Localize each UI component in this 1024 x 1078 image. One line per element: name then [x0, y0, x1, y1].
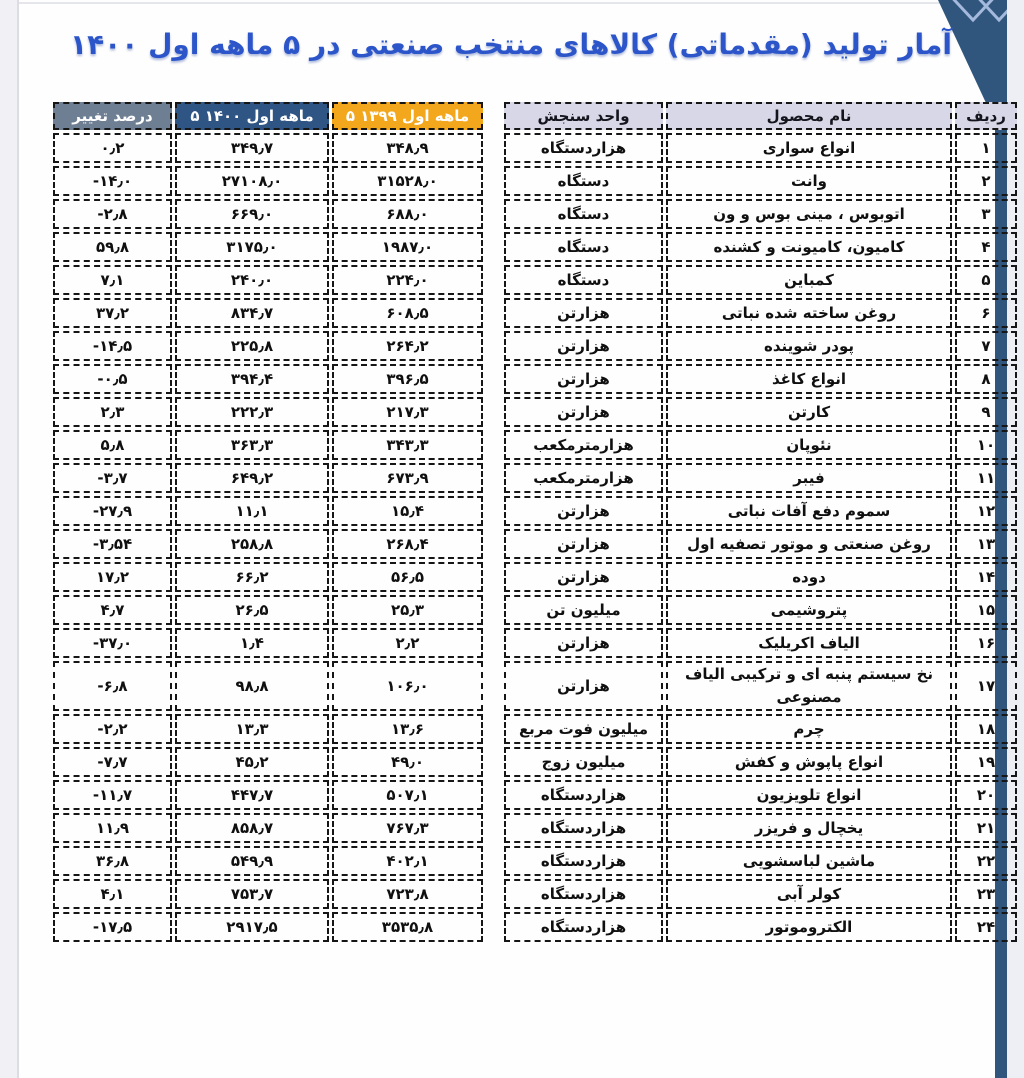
value-1399-cell: ۶۸۸٫۰ — [332, 199, 483, 229]
table-row: ۲۱یخچال و فریزرهزاردستگاه۷۶۷٫۳۸۵۸٫۷۱۱٫۹ — [53, 813, 1017, 843]
value-1399-cell: ۳۹۶٫۵ — [332, 364, 483, 394]
product-name-cell: نخ سیستم پنبه ای و ترکیبی الیاف مصنوعی — [666, 661, 952, 711]
value-1400-cell: ۸۳۴٫۷ — [175, 298, 329, 328]
value-1399-cell: ۲٫۲ — [332, 628, 483, 658]
change-percent-cell: ۴٫۷ — [53, 595, 172, 625]
page-title: آمار تولید (مقدماتی) کالاهای منتخب صنعتی… — [50, 28, 972, 61]
value-1400-cell: ۳۹۴٫۴ — [175, 364, 329, 394]
product-name-cell: پودر شوینده — [666, 331, 952, 361]
product-name-cell: انواع پاپوش و کفش — [666, 747, 952, 777]
row-number-cell: ۱۳ — [955, 529, 1017, 559]
column-gap-spacer — [486, 562, 501, 592]
change-percent-cell: ۵۹٫۸ — [53, 232, 172, 262]
row-number-cell: ۱۰ — [955, 430, 1017, 460]
unit-cell: هزارتن — [504, 298, 663, 328]
column-gap-spacer — [486, 661, 501, 711]
value-1400-cell: ۸۵۸٫۷ — [175, 813, 329, 843]
change-percent-cell: -۷٫۷ — [53, 747, 172, 777]
value-1399-cell: ۱۰۶٫۰ — [332, 661, 483, 711]
change-percent-cell: -۲٫۸ — [53, 199, 172, 229]
row-number-cell: ۸ — [955, 364, 1017, 394]
value-1400-cell: ۲۶٫۵ — [175, 595, 329, 625]
change-percent-cell: ۳۶٫۸ — [53, 846, 172, 876]
change-percent-cell: -۲۷٫۹ — [53, 496, 172, 526]
row-number-cell: ۶ — [955, 298, 1017, 328]
value-1399-cell: ۲۶۸٫۴ — [332, 529, 483, 559]
unit-cell: میلیون زوج — [504, 747, 663, 777]
column-gap-spacer — [486, 780, 501, 810]
column-gap-spacer — [486, 364, 501, 394]
column-gap-spacer — [486, 102, 501, 130]
table-row: ۲۲ماشین لباسشوییهزاردستگاه۴۰۲٫۱۵۴۹٫۹۳۶٫۸ — [53, 846, 1017, 876]
column-gap-spacer — [486, 298, 501, 328]
column-gap-spacer — [486, 747, 501, 777]
row-number-cell: ۱۶ — [955, 628, 1017, 658]
product-name-cell: کمباین — [666, 265, 952, 295]
header-product: نام محصول — [666, 102, 952, 130]
product-name-cell: الیاف اکریلیک — [666, 628, 952, 658]
column-gap-spacer — [486, 714, 501, 744]
product-name-cell: انواع کاغذ — [666, 364, 952, 394]
table-row: ۱۴دودههزارتن۵۶٫۵۶۶٫۲۱۷٫۲ — [53, 562, 1017, 592]
product-name-cell: روغن صنعتی و موتور تصفیه اول — [666, 529, 952, 559]
table-row: ۲وانتدستگاه۳۱۵۲۸٫۰۲۷۱۰۸٫۰-۱۴٫۰ — [53, 166, 1017, 196]
unit-cell: میلیون فوت مربع — [504, 714, 663, 744]
product-name-cell: الکتروموتور — [666, 912, 952, 942]
table-row: ۱۸چرممیلیون فوت مربع۱۳٫۶۱۳٫۳-۲٫۲ — [53, 714, 1017, 744]
change-percent-cell: -۶٫۸ — [53, 661, 172, 711]
product-name-cell: کولر آبی — [666, 879, 952, 909]
row-number-cell: ۱ — [955, 133, 1017, 163]
product-name-cell: انواع تلویزیون — [666, 780, 952, 810]
row-number-cell: ۱۸ — [955, 714, 1017, 744]
table-row: ۲۴الکتروموتورهزاردستگاه۳۵۳۵٫۸۲۹۱۷٫۵-۱۷٫۵ — [53, 912, 1017, 942]
value-1400-cell: ۶۶۹٫۰ — [175, 199, 329, 229]
unit-cell: هزاردستگاه — [504, 780, 663, 810]
value-1400-cell: ۳۴۹٫۷ — [175, 133, 329, 163]
row-number-cell: ۱۵ — [955, 595, 1017, 625]
change-percent-cell: ۳۷٫۲ — [53, 298, 172, 328]
value-1400-cell: ۲۷۱۰۸٫۰ — [175, 166, 329, 196]
unit-cell: دستگاه — [504, 199, 663, 229]
document-page: آمار تولید (مقدماتی) کالاهای منتخب صنعتی… — [0, 0, 1024, 1078]
table-row: ۴کامیون، کامیونت و کشندهدستگاه۱۹۸۷٫۰۳۱۷۵… — [53, 232, 1017, 262]
column-gap-spacer — [486, 463, 501, 493]
row-number-cell: ۱۴ — [955, 562, 1017, 592]
product-name-cell: ماشین لباسشویی — [666, 846, 952, 876]
change-percent-cell: -۳۷٫۰ — [53, 628, 172, 658]
change-percent-cell: -۱۱٫۷ — [53, 780, 172, 810]
value-1400-cell: ۶۴۹٫۲ — [175, 463, 329, 493]
row-number-cell: ۵ — [955, 265, 1017, 295]
row-number-cell: ۲۳ — [955, 879, 1017, 909]
unit-cell: هزاردستگاه — [504, 879, 663, 909]
column-gap-spacer — [486, 232, 501, 262]
change-percent-cell: ۲٫۳ — [53, 397, 172, 427]
value-1399-cell: ۷۶۷٫۳ — [332, 813, 483, 843]
column-gap-spacer — [486, 199, 501, 229]
change-percent-cell: -۱۴٫۰ — [53, 166, 172, 196]
value-1400-cell: ۱۱٫۱ — [175, 496, 329, 526]
product-name-cell: پتروشیمی — [666, 595, 952, 625]
value-1399-cell: ۲۶۴٫۲ — [332, 331, 483, 361]
value-1399-cell: ۲۱۷٫۳ — [332, 397, 483, 427]
table-body: ۱انواع سواریهزاردستگاه۳۴۸٫۹۳۴۹٫۷۰٫۲۲وانت… — [53, 133, 1017, 942]
table-header-row: ردیف نام محصول واحد سنجش ۵ ماهه اول ۱۳۹۹… — [53, 102, 1017, 130]
unit-cell: هزارتن — [504, 628, 663, 658]
header-1400: ۵ ماهه اول ۱۴۰۰ — [175, 102, 329, 130]
unit-cell: دستگاه — [504, 265, 663, 295]
table-row: ۲۳کولر آبیهزاردستگاه۷۲۳٫۸۷۵۳٫۷۴٫۱ — [53, 879, 1017, 909]
column-gap-spacer — [486, 813, 501, 843]
value-1400-cell: ۹۸٫۸ — [175, 661, 329, 711]
product-name-cell: کارتن — [666, 397, 952, 427]
value-1399-cell: ۳۴۳٫۳ — [332, 430, 483, 460]
change-percent-cell: ۴٫۱ — [53, 879, 172, 909]
change-percent-cell: -۰٫۵ — [53, 364, 172, 394]
change-percent-cell: -۱۷٫۵ — [53, 912, 172, 942]
value-1400-cell: ۱٫۴ — [175, 628, 329, 658]
product-name-cell: سموم دفع آفات نباتی — [666, 496, 952, 526]
unit-cell: هزاردستگاه — [504, 133, 663, 163]
value-1400-cell: ۷۵۳٫۷ — [175, 879, 329, 909]
column-gap-spacer — [486, 628, 501, 658]
value-1399-cell: ۲۵٫۳ — [332, 595, 483, 625]
production-stats-table: ردیف نام محصول واحد سنجش ۵ ماهه اول ۱۳۹۹… — [50, 99, 1020, 945]
value-1399-cell: ۶۷۳٫۹ — [332, 463, 483, 493]
column-gap-spacer — [486, 397, 501, 427]
header-change: درصد تغییر — [53, 102, 172, 130]
product-name-cell: نئوپان — [666, 430, 952, 460]
row-number-cell: ۴ — [955, 232, 1017, 262]
column-gap-spacer — [486, 133, 501, 163]
header-unit: واحد سنجش — [504, 102, 663, 130]
row-number-cell: ۲ — [955, 166, 1017, 196]
value-1400-cell: ۱۳٫۳ — [175, 714, 329, 744]
header-row-number: ردیف — [955, 102, 1017, 130]
header-1399: ۵ ماهه اول ۱۳۹۹ — [332, 102, 483, 130]
product-name-cell: روغن ساخته شده نباتی — [666, 298, 952, 328]
table-row: ۱۰نئوپانهزارمترمکعب۳۴۳٫۳۳۶۳٫۳۵٫۸ — [53, 430, 1017, 460]
unit-cell: هزاردستگاه — [504, 846, 663, 876]
row-number-cell: ۱۹ — [955, 747, 1017, 777]
row-number-cell: ۳ — [955, 199, 1017, 229]
value-1399-cell: ۷۲۳٫۸ — [332, 879, 483, 909]
unit-cell: دستگاه — [504, 166, 663, 196]
table-header: ردیف نام محصول واحد سنجش ۵ ماهه اول ۱۳۹۹… — [53, 102, 1017, 130]
unit-cell: هزارمترمکعب — [504, 430, 663, 460]
unit-cell: هزارتن — [504, 331, 663, 361]
value-1400-cell: ۴۵٫۲ — [175, 747, 329, 777]
table-row: ۵کمبایندستگاه۲۲۴٫۰۲۴۰٫۰۷٫۱ — [53, 265, 1017, 295]
change-percent-cell: ۱۷٫۲ — [53, 562, 172, 592]
row-number-cell: ۲۰ — [955, 780, 1017, 810]
change-percent-cell: ۵٫۸ — [53, 430, 172, 460]
product-name-cell: دوده — [666, 562, 952, 592]
column-gap-spacer — [486, 430, 501, 460]
value-1400-cell: ۵۴۹٫۹ — [175, 846, 329, 876]
table-row: ۲۰انواع تلویزیونهزاردستگاه۵۰۷٫۱۴۴۷٫۷-۱۱٫… — [53, 780, 1017, 810]
page-top-hairline — [19, 2, 1007, 4]
unit-cell: هزارتن — [504, 364, 663, 394]
column-gap-spacer — [486, 595, 501, 625]
column-gap-spacer — [486, 496, 501, 526]
change-percent-cell: ۰٫۲ — [53, 133, 172, 163]
column-gap-spacer — [486, 265, 501, 295]
unit-cell: هزاردستگاه — [504, 912, 663, 942]
column-gap-spacer — [486, 331, 501, 361]
value-1399-cell: ۴۹٫۰ — [332, 747, 483, 777]
table-row: ۶روغن ساخته شده نباتیهزارتن۶۰۸٫۵۸۳۴٫۷۳۷٫… — [53, 298, 1017, 328]
change-percent-cell: -۲٫۲ — [53, 714, 172, 744]
table-row: ۳اتوبوس ، مینی بوس و وندستگاه۶۸۸٫۰۶۶۹٫۰-… — [53, 199, 1017, 229]
unit-cell: میلیون تن — [504, 595, 663, 625]
column-gap-spacer — [486, 166, 501, 196]
value-1400-cell: ۳۱۷۵٫۰ — [175, 232, 329, 262]
unit-cell: هزارتن — [504, 661, 663, 711]
value-1399-cell: ۱۹۸۷٫۰ — [332, 232, 483, 262]
change-percent-cell: -۱۴٫۵ — [53, 331, 172, 361]
value-1400-cell: ۳۶۳٫۳ — [175, 430, 329, 460]
column-gap-spacer — [486, 912, 501, 942]
change-percent-cell: -۳٫۷ — [53, 463, 172, 493]
value-1400-cell: ۲۵۸٫۸ — [175, 529, 329, 559]
table-row: ۷پودر شویندههزارتن۲۶۴٫۲۲۲۵٫۸-۱۴٫۵ — [53, 331, 1017, 361]
column-gap-spacer — [486, 879, 501, 909]
table-row: ۱۳روغن صنعتی و موتور تصفیه اولهزارتن۲۶۸٫… — [53, 529, 1017, 559]
table-row: ۱۲سموم دفع آفات نباتیهزارتن۱۵٫۴۱۱٫۱-۲۷٫۹ — [53, 496, 1017, 526]
column-gap-spacer — [486, 529, 501, 559]
value-1399-cell: ۲۲۴٫۰ — [332, 265, 483, 295]
page-edge-left — [0, 0, 19, 1078]
product-name-cell: وانت — [666, 166, 952, 196]
value-1400-cell: ۲۲۵٫۸ — [175, 331, 329, 361]
unit-cell: دستگاه — [504, 232, 663, 262]
value-1399-cell: ۴۰۲٫۱ — [332, 846, 483, 876]
change-percent-cell: ۷٫۱ — [53, 265, 172, 295]
value-1400-cell: ۲۲۲٫۳ — [175, 397, 329, 427]
change-percent-cell: ۱۱٫۹ — [53, 813, 172, 843]
table-row: ۱۶الیاف اکریلیکهزارتن۲٫۲۱٫۴-۳۷٫۰ — [53, 628, 1017, 658]
row-number-cell: ۷ — [955, 331, 1017, 361]
table-row: ۱۱فیبرهزارمترمکعب۶۷۳٫۹۶۴۹٫۲-۳٫۷ — [53, 463, 1017, 493]
value-1399-cell: ۶۰۸٫۵ — [332, 298, 483, 328]
row-number-cell: ۱۱ — [955, 463, 1017, 493]
product-name-cell: فیبر — [666, 463, 952, 493]
column-gap-spacer — [486, 846, 501, 876]
value-1399-cell: ۳۴۸٫۹ — [332, 133, 483, 163]
product-name-cell: انواع سواری — [666, 133, 952, 163]
value-1399-cell: ۳۱۵۲۸٫۰ — [332, 166, 483, 196]
value-1399-cell: ۳۵۳۵٫۸ — [332, 912, 483, 942]
value-1400-cell: ۴۴۷٫۷ — [175, 780, 329, 810]
value-1400-cell: ۶۶٫۲ — [175, 562, 329, 592]
row-number-cell: ۱۲ — [955, 496, 1017, 526]
row-number-cell: ۲۴ — [955, 912, 1017, 942]
table-row: ۱انواع سواریهزاردستگاه۳۴۸٫۹۳۴۹٫۷۰٫۲ — [53, 133, 1017, 163]
change-percent-cell: -۳٫۵۴ — [53, 529, 172, 559]
unit-cell: هزارمترمکعب — [504, 463, 663, 493]
unit-cell: هزارتن — [504, 562, 663, 592]
unit-cell: هزارتن — [504, 397, 663, 427]
table-row: ۹کارتنهزارتن۲۱۷٫۳۲۲۲٫۳۲٫۳ — [53, 397, 1017, 427]
unit-cell: هزاردستگاه — [504, 813, 663, 843]
product-name-cell: چرم — [666, 714, 952, 744]
product-name-cell: یخچال و فریزر — [666, 813, 952, 843]
value-1400-cell: ۲۴۰٫۰ — [175, 265, 329, 295]
value-1399-cell: ۱۳٫۶ — [332, 714, 483, 744]
product-name-cell: کامیون، کامیونت و کشنده — [666, 232, 952, 262]
table-row: ۸انواع کاغذهزارتن۳۹۶٫۵۳۹۴٫۴-۰٫۵ — [53, 364, 1017, 394]
value-1400-cell: ۲۹۱۷٫۵ — [175, 912, 329, 942]
table-row: ۱۷نخ سیستم پنبه ای و ترکیبی الیاف مصنوعی… — [53, 661, 1017, 711]
unit-cell: هزارتن — [504, 529, 663, 559]
row-number-cell: ۹ — [955, 397, 1017, 427]
product-name-cell: اتوبوس ، مینی بوس و ون — [666, 199, 952, 229]
row-number-cell: ۱۷ — [955, 661, 1017, 711]
value-1399-cell: ۵۰۷٫۱ — [332, 780, 483, 810]
table-row: ۱۹انواع پاپوش و کفشمیلیون زوج۴۹٫۰۴۵٫۲-۷٫… — [53, 747, 1017, 777]
row-number-cell: ۲۱ — [955, 813, 1017, 843]
value-1399-cell: ۵۶٫۵ — [332, 562, 483, 592]
value-1399-cell: ۱۵٫۴ — [332, 496, 483, 526]
unit-cell: هزارتن — [504, 496, 663, 526]
table-row: ۱۵پتروشیمیمیلیون تن۲۵٫۳۲۶٫۵۴٫۷ — [53, 595, 1017, 625]
row-number-cell: ۲۲ — [955, 846, 1017, 876]
